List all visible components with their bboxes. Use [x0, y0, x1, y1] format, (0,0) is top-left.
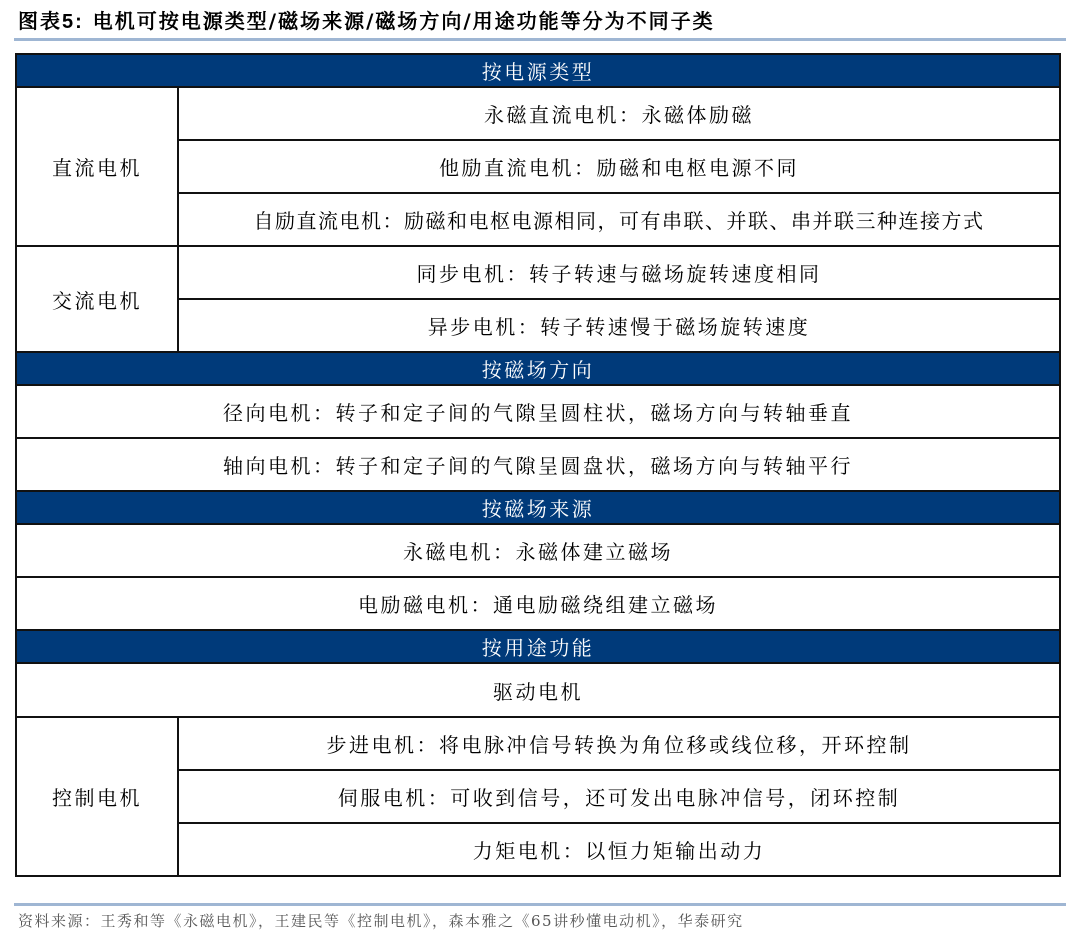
table-row: 力矩电机：以恒力矩输出动力 [178, 823, 1060, 876]
table-row: 电励磁电机：通电励磁绕组建立磁场 [16, 577, 1060, 630]
figure-title: 电机可按电源类型/磁场来源/磁场方向/用途功能等分为不同子类 [93, 9, 715, 33]
category-control: 控制电机 [16, 717, 178, 876]
motor-classification-table: 按电源类型 直流电机 永磁直流电机：永磁体励磁 他励直流电机：励磁和电枢电源不同… [15, 53, 1061, 877]
footer-divider [14, 903, 1066, 906]
category-ac: 交流电机 [16, 246, 178, 352]
figure-caption: 图表5: 电机可按电源类型/磁场来源/磁场方向/用途功能等分为不同子类 [18, 6, 715, 36]
figure-label: 图表5: [18, 11, 84, 33]
table-row: 步进电机：将电脉冲信号转换为角位移或线位移，开环控制 [178, 717, 1060, 770]
source-note: 资料来源：王秀和等《永磁电机》，王建民等《控制电机》，森本雅之《65讲秒懂电动机… [18, 910, 744, 931]
section-header-row: 按电源类型 [16, 54, 1060, 87]
caption-divider [14, 38, 1066, 41]
table-row: 伺服电机：可收到信号，还可发出电脉冲信号，闭环控制 [178, 770, 1060, 823]
section-header-field-direction: 按磁场方向 [16, 352, 1060, 385]
section-header-field-source: 按磁场来源 [16, 491, 1060, 524]
table-row: 他励直流电机：励磁和电枢电源不同 [178, 140, 1060, 193]
table-row: 异步电机：转子转速慢于磁场旋转速度 [178, 299, 1060, 352]
table-row: 永磁电机：永磁体建立磁场 [16, 524, 1060, 577]
category-dc: 直流电机 [16, 87, 178, 246]
table-row-drive: 驱动电机 [16, 663, 1060, 717]
section-header-power: 按电源类型 [16, 54, 1060, 87]
table-row: 轴向电机：转子和定子间的气隙呈圆盘状，磁场方向与转轴平行 [16, 438, 1060, 491]
table-row: 径向电机：转子和定子间的气隙呈圆柱状，磁场方向与转轴垂直 [16, 385, 1060, 438]
table-row: 永磁直流电机：永磁体励磁 [178, 87, 1060, 140]
table-row: 自励直流电机：励磁和电枢电源相同，可有串联、并联、串并联三种连接方式 [178, 193, 1060, 246]
table-row: 同步电机：转子转速与磁场旋转速度相同 [178, 246, 1060, 299]
section-header-function: 按用途功能 [16, 630, 1060, 663]
